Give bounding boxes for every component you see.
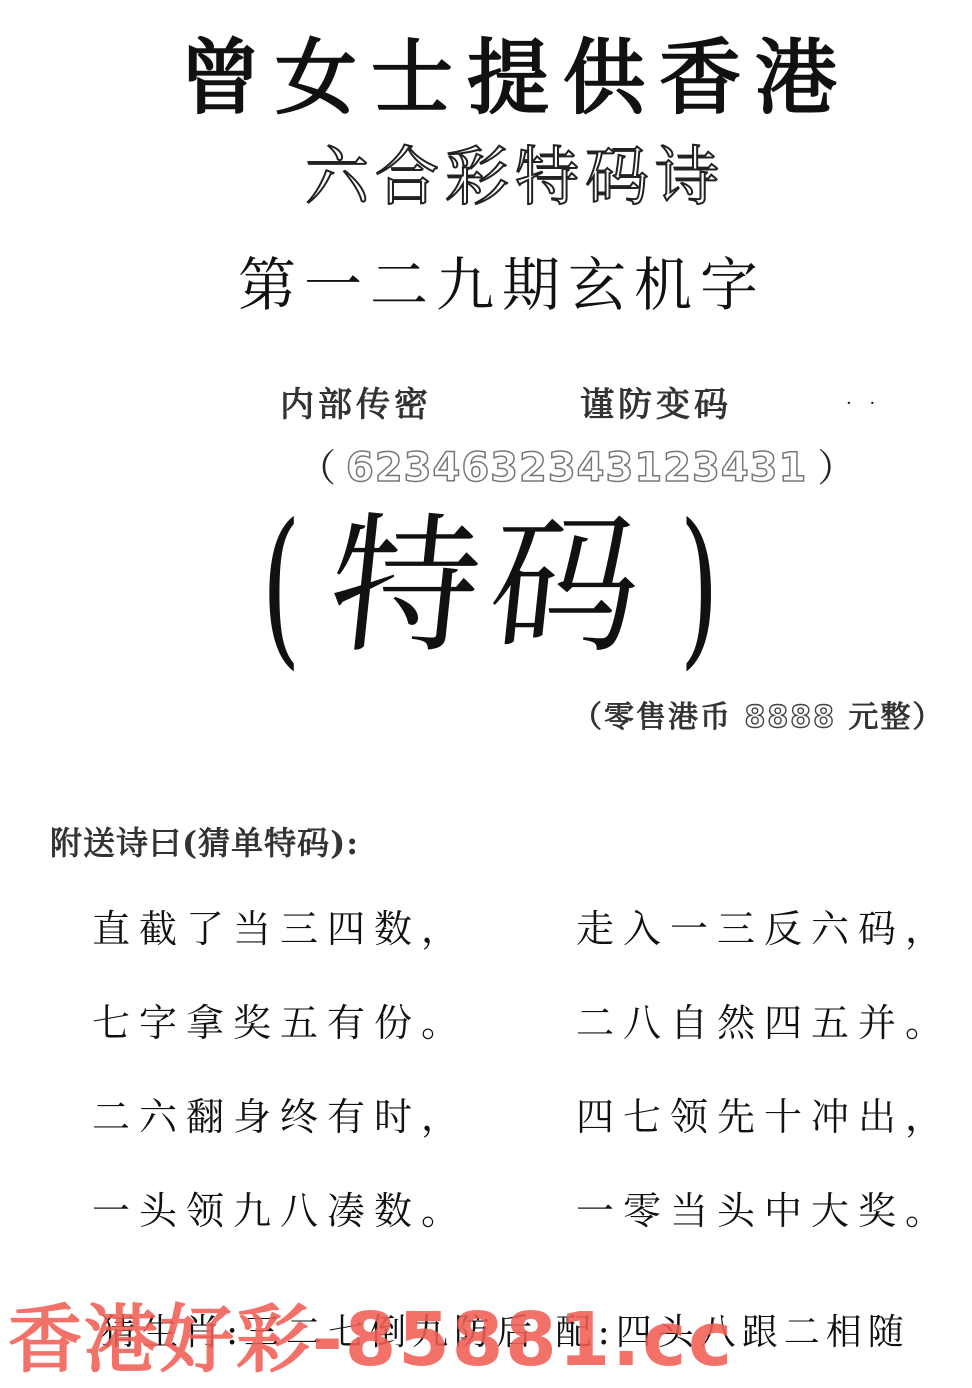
poem-right-line-3: 四七领先十冲出， [576, 1092, 952, 1142]
banner-text: 特码 [320, 492, 660, 682]
page-subtitle: 六合彩特码诗 [0, 138, 972, 218]
code-close-paren: ） [817, 443, 855, 493]
price-amount: 8888 [744, 700, 836, 735]
speck-dots: · · [846, 393, 881, 414]
poem-left-line-3: 二六翻身终有时， [92, 1092, 468, 1142]
price-prefix: 零售港币 [604, 700, 732, 735]
site-watermark: 香港好彩-85881.cc [8, 1296, 734, 1384]
retail-price: （零售港币 8888 元整） [572, 696, 944, 740]
poem-left-line-4: 一头领九八凑数。 [92, 1186, 468, 1236]
price-suffix: 元整 [848, 700, 912, 735]
page-title: 曾女士提供香港 [0, 28, 972, 128]
price-close-paren: ） [912, 700, 944, 735]
poem-right-line-4: 一零当头中大奖。 [576, 1186, 952, 1236]
banner-open-paren: ( [261, 492, 301, 682]
code-open-paren: （ [298, 443, 336, 493]
code-sequence: （ 6234632343123431 ） [298, 443, 855, 493]
poem-right-line-1: 走入一三反六码， [576, 904, 952, 954]
code-number: 6234632343123431 [346, 443, 807, 493]
poem-left-line-2: 七字拿奖五有份。 [92, 998, 468, 1048]
special-code-banner: ( 特码 ) [248, 492, 733, 682]
price-open-paren: （ [572, 700, 604, 735]
poem-heading: 附送诗曰(猜单特码): [50, 820, 359, 866]
internal-secret-label: 内部传密 [280, 383, 432, 427]
beware-change-label: 谨防变码 [580, 383, 732, 427]
poem-left-line-1: 直截了当三四数， [92, 904, 468, 954]
poem-right-line-2: 二八自然四五并。 [576, 998, 952, 1048]
banner-close-paren: ) [680, 492, 720, 682]
issue-heading: 第一二九期玄机字 [0, 250, 972, 320]
